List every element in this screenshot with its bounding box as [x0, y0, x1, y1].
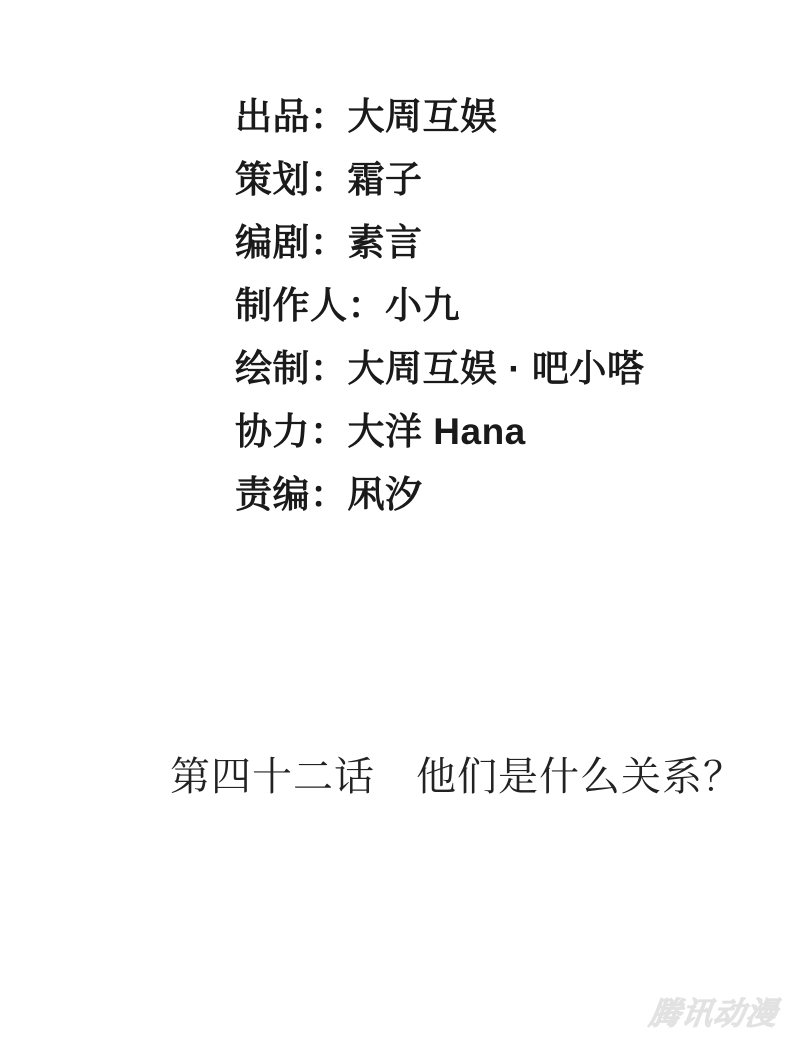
- chapter-title: 第四十二话 他们是什么关系？: [170, 745, 744, 802]
- credit-line-support: 协力：大洋 Hana: [235, 400, 644, 463]
- credit-line-screenwriter: 编剧：素言: [235, 211, 644, 274]
- credits-block: 出品：大周互娱 策划：霜子 编剧：素言 制作人：小九 绘制：大周互娱 · 吧小嗒…: [235, 85, 644, 526]
- credit-line-art: 绘制：大周互娱 · 吧小嗒: [235, 337, 644, 400]
- credit-line-producer: 出品：大周互娱: [235, 85, 644, 148]
- credit-line-production-lead: 制作人：小九: [235, 274, 644, 337]
- credit-line-planning: 策划：霜子: [235, 148, 644, 211]
- tencent-comics-watermark: 腾讯动漫: [647, 988, 781, 1033]
- comic-credits-page: 出品：大周互娱 策划：霜子 编剧：素言 制作人：小九 绘制：大周互娱 · 吧小嗒…: [0, 0, 800, 1044]
- credit-line-editor: 责编：凩汐: [235, 463, 644, 526]
